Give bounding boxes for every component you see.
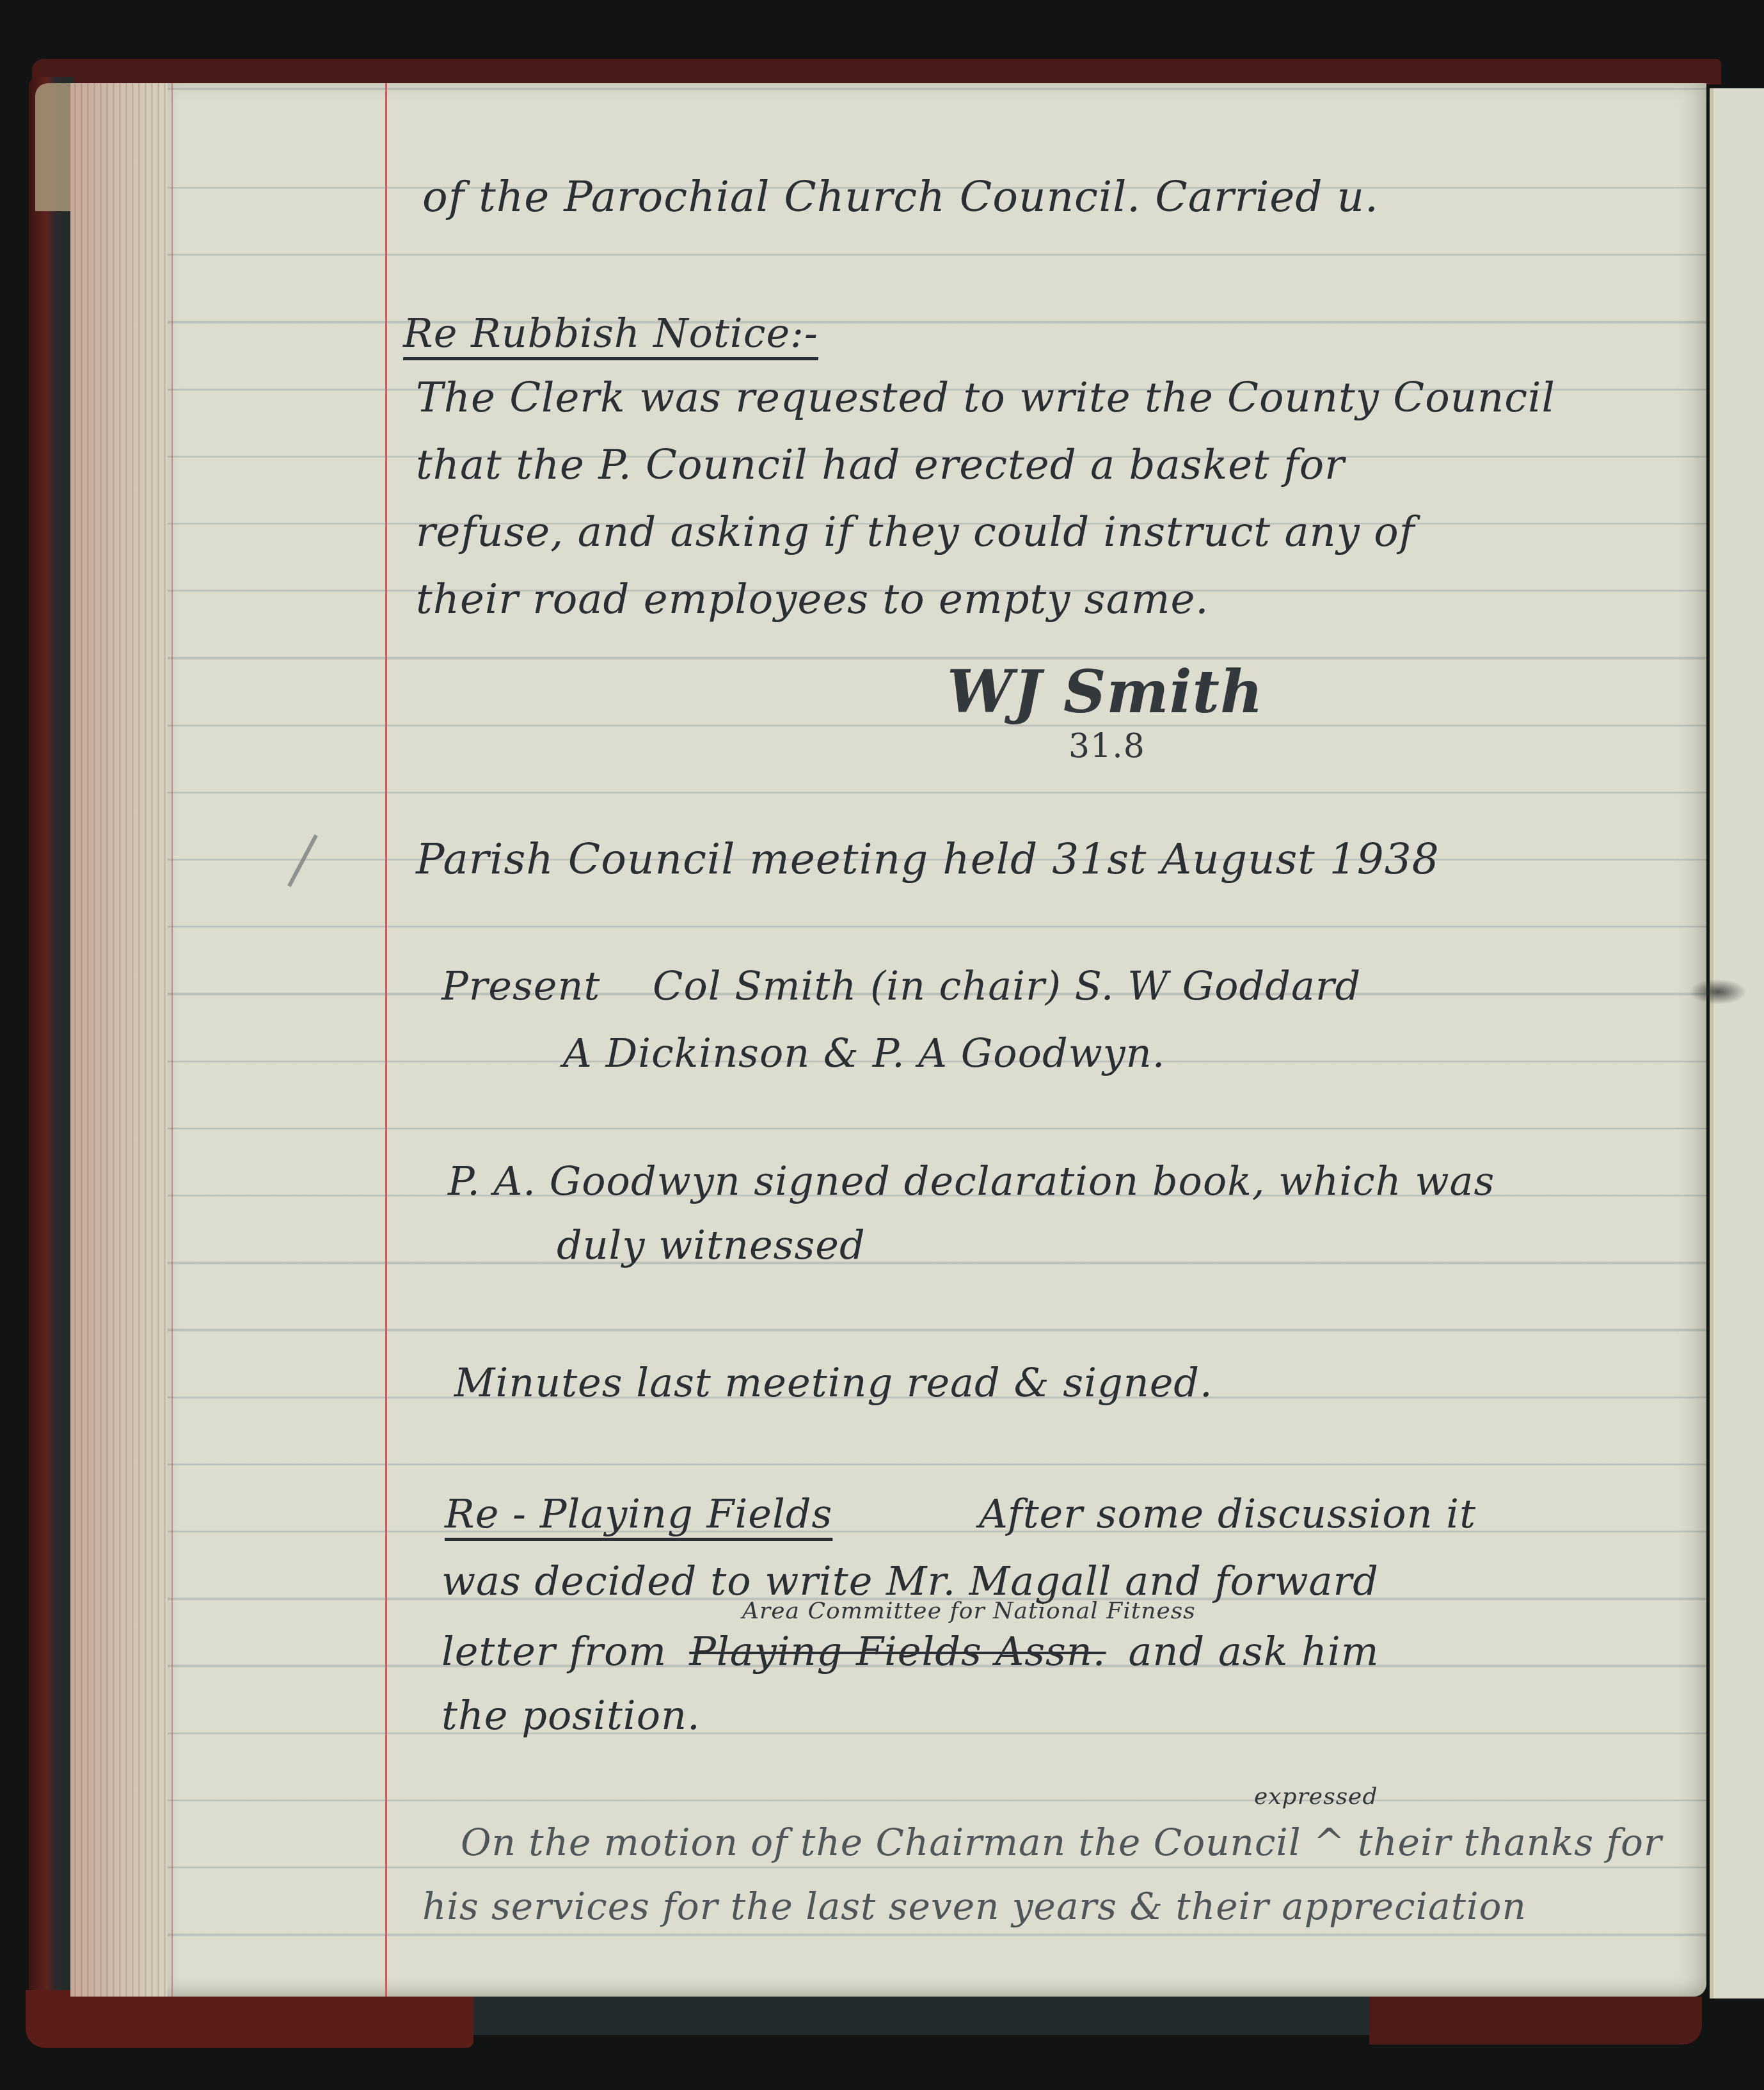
text-line-clerk: The Clerk was requested to write the Cou… [416,378,1555,419]
attendees-line-1: Col Smith (in chair) S. W Goddard [653,966,1361,1006]
declaration-line-2: duly witnessed [557,1225,866,1265]
worn-cover-corner [35,83,70,211]
playing-fields-line-4: the position. [441,1696,701,1735]
red-margin-rule [385,83,387,1997]
chairman-signature: WJ Smith [947,662,1264,721]
book-cover-top [32,59,1721,84]
motion-line-2: his services for the last seven years & … [422,1888,1527,1925]
declaration-line-1: P. A. Goodwyn signed declaration book, w… [448,1161,1495,1201]
minutes-line: Minutes last meeting read & signed. [454,1363,1213,1403]
motion-line-1: On the motion of the Chairman the Counci… [461,1824,1662,1861]
ink-stain [1689,979,1747,1005]
meeting-heading: Parish Council meeting held 31st August … [416,838,1440,881]
heading-rubbish-notice: Re Rubbish Notice:- [403,314,818,353]
signature-date: 31.8 [1069,730,1145,763]
text-line-refuse: refuse, and asking if they could instruc… [416,512,1415,553]
book-cover-bottom-cloth [473,1997,1369,2035]
heading-playing-fields: Re - Playing Fields [445,1494,832,1534]
playing-fields-line-3: letter from Playing Fields Assn. and ask… [441,1632,1379,1671]
text-line-parochial: of the Parochial Church Council. Carried… [422,176,1379,218]
insertion-expressed: expressed [1254,1785,1378,1808]
present-label: Present [441,966,600,1006]
facing-page-edge [1710,88,1764,1998]
ask-him-text: and ask him [1129,1628,1379,1675]
book-cover-spine-left [29,77,74,2016]
text-line-employees: their road employees to empty same. [416,579,1209,620]
playing-fields-line-2: was decided to write Mr. Magall and forw… [441,1561,1379,1601]
faint-left-margin-rule [171,83,173,1997]
page-edges-stack [70,83,173,1997]
book-cover-bottom-right [1369,1997,1702,2045]
insertion-area-committee: Area Committee for National Fitness [742,1600,1196,1623]
book-cover-bottom-left [26,1990,473,2048]
attendees-line-2: A Dickinson & P. A Goodwyn. [563,1033,1165,1073]
playing-fields-line-1: After some discussion it [979,1494,1476,1534]
text-line-basket: that the P. Council had erected a basket… [416,445,1345,486]
struck-text-playing-fields-assn: Playing Fields Assn. [689,1628,1106,1675]
letter-from-text: letter from [441,1628,667,1675]
